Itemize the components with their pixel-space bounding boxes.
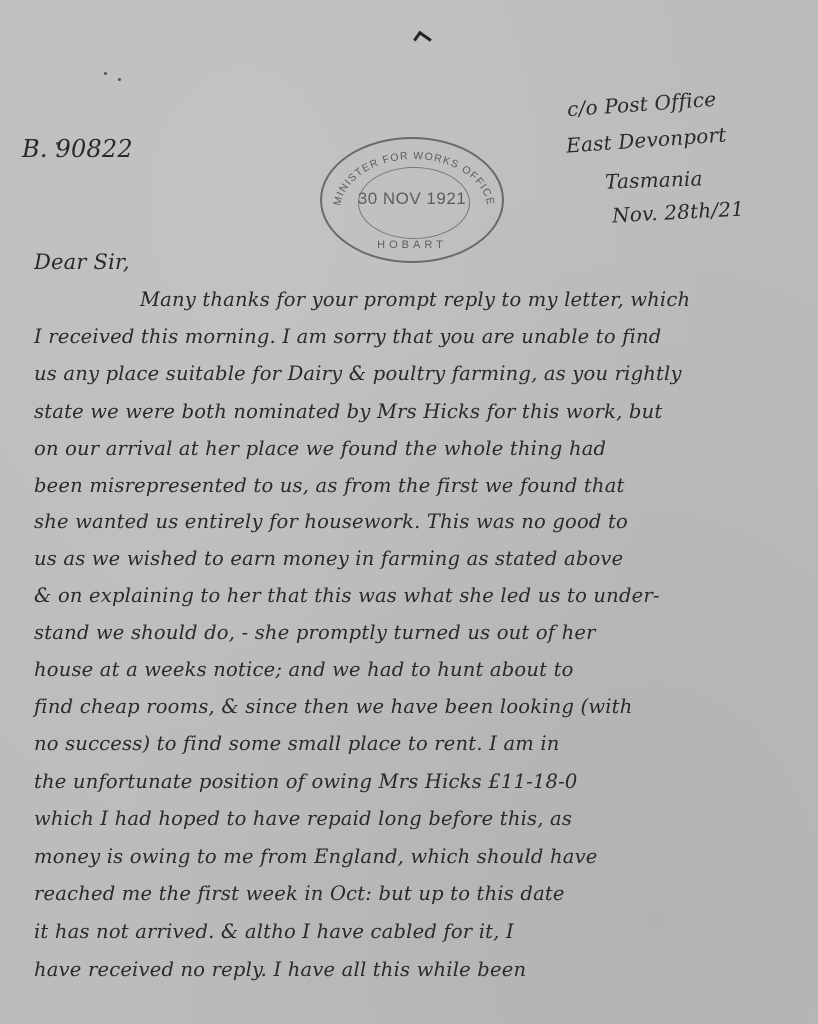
body-line: us any place suitable for Dairy & poultr…	[34, 362, 682, 385]
reference-number: B. 90822	[22, 135, 133, 163]
paper-speck	[118, 78, 121, 81]
body-line: stand we should do, - she promptly turne…	[34, 621, 596, 644]
body-line: us as we wished to earn money in farming…	[34, 547, 623, 570]
body-line: been misrepresented to us, as from the f…	[34, 474, 625, 497]
paper-speck	[104, 72, 107, 75]
letter-page: B. 90822 c/o Post Office East Devonport …	[0, 0, 818, 1024]
address-line-2: East Devonport	[565, 122, 727, 157]
body-line: find cheap rooms, & since then we have b…	[34, 695, 632, 718]
body-line: have received no reply. I have all this …	[34, 958, 526, 981]
body-line: on our arrival at her place we found the…	[34, 437, 606, 460]
body-line: Many thanks for your prompt reply to my …	[140, 288, 690, 311]
stamp-date: 30 NOV 1921	[322, 189, 502, 209]
body-line: it has not arrived. & altho I have cable…	[34, 920, 514, 943]
body-line: she wanted us entirely for housework. Th…	[34, 510, 628, 533]
ink-mark	[413, 31, 432, 49]
body-line: reached me the first week in Oct: but up…	[34, 882, 565, 905]
stamp-bottom-text: HOBART	[322, 239, 502, 251]
letter-date: Nov. 28th/21	[611, 197, 744, 228]
received-stamp: MINISTER FOR WORKS OFFICE 30 NOV 1921 HO…	[320, 137, 504, 263]
body-line: which I had hoped to have repaid long be…	[34, 807, 572, 830]
body-line: & on explaining to her that this was wha…	[34, 584, 660, 607]
address-line-3: Tasmania	[605, 166, 703, 193]
address-line-1: c/o Post Office	[566, 87, 717, 121]
body-line: house at a weeks notice; and we had to h…	[34, 658, 574, 681]
body-line: the unfortunate position of owing Mrs Hi…	[34, 770, 577, 793]
salutation: Dear Sir,	[34, 250, 130, 274]
body-line: I received this morning. I am sorry that…	[34, 325, 661, 348]
body-line: money is owing to me from England, which…	[34, 845, 598, 868]
body-line: no success) to find some small place to …	[34, 732, 560, 755]
body-line: state we were both nominated by Mrs Hick…	[34, 400, 662, 423]
